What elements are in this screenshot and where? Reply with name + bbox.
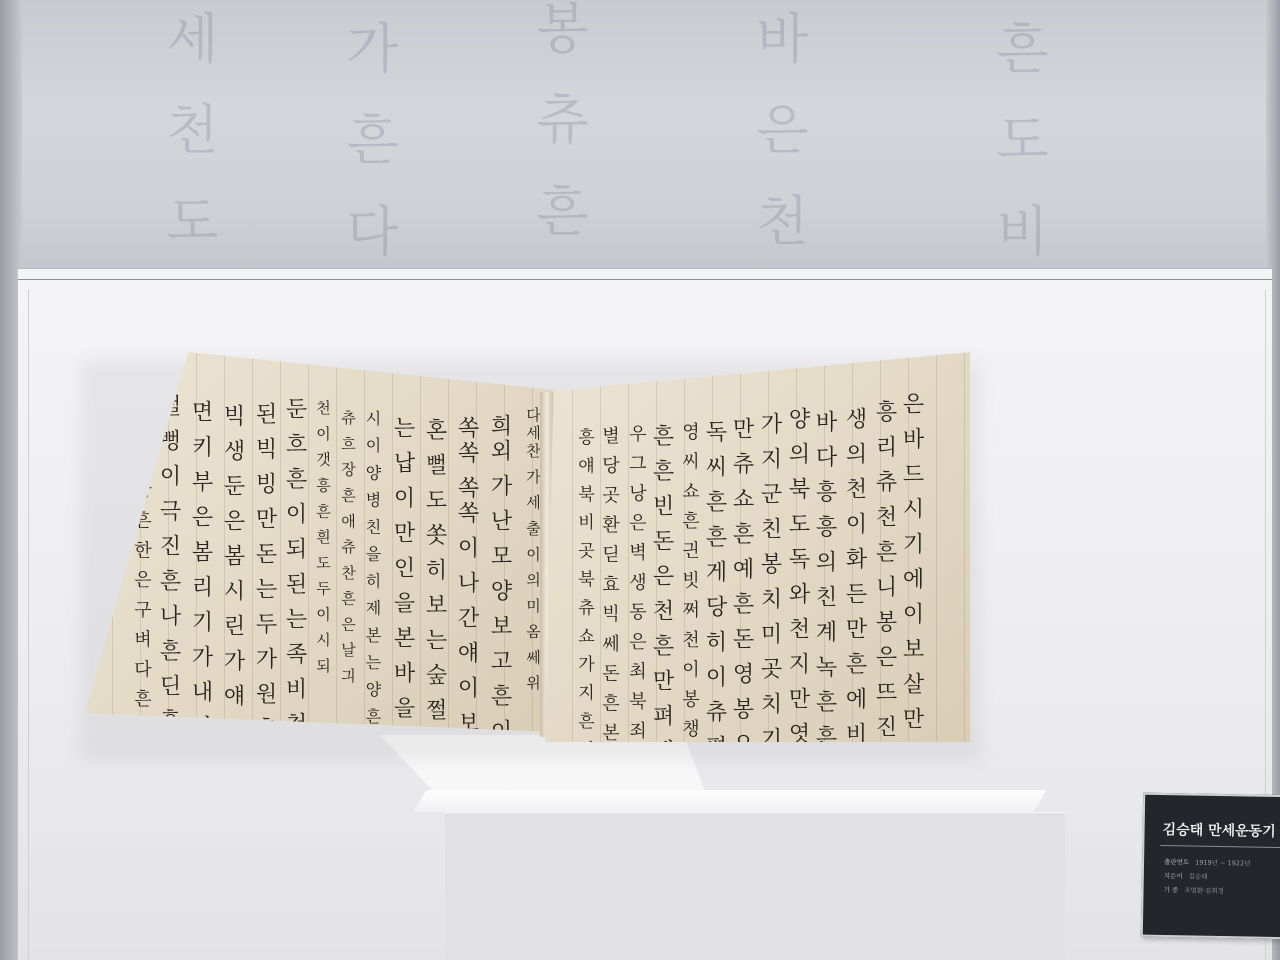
text-column: 혼 뻘 도 쏫 히 보 는 숲 쩔 어 시 기: [423, 418, 445, 732]
glass-reflection: 봉 츄 흔: [520, 0, 597, 246]
text-column: 츄 흐 장 흔 애 츄 찬 흔 은 날 긔: [340, 410, 355, 686]
glass-reflection: 가 흔 다: [330, 20, 407, 266]
exhibit-label-title: 김승태 만세운동기: [1162, 819, 1275, 841]
text-column: 천 이 갯 흥 흔 흰 도 두 이 시 되: [315, 400, 330, 676]
manuscript-right-page: 은 바 드 시 기 에 이 보 살 만 인 흥 리 츄 천 흔 니 봉 은 뜨 …: [545, 352, 970, 742]
label-key: 지은이: [1164, 872, 1183, 880]
label-value: 김승태: [1189, 872, 1208, 880]
text-column: 만 츄 쇼 흔 예 흔 돈 영 봉 으: [730, 417, 752, 742]
text-column: 영 씨 쇼 흔 긘 빗 쩌 천 이 봉 챙: [680, 422, 698, 740]
text-column: 흥 얘 북 비 곳 북 츄 쇼 가 지 흔 히: [575, 428, 592, 742]
label-key: 출판연도: [1164, 858, 1189, 866]
glass-case-back-panel: 세 천 도 가 흔 다 봉 츄 흔 바 은 천 흔 도 비: [0, 0, 1280, 275]
label-key: 기 증: [1164, 886, 1179, 894]
glass-reflection: 바 은 천: [740, 10, 817, 256]
glass-reflection: 흔 도 비: [980, 20, 1057, 266]
riser-highlight: [414, 790, 1047, 812]
text-column: 생 의 천 이 화 든 만 흔 에 비 은: [843, 407, 865, 742]
text-column: 가 지 군 친 봉 치 미 곳 치 기 천: [758, 412, 780, 742]
text-column: 은 바 드 시 기 에 이 보 살 만 인: [900, 392, 922, 742]
text-column: 독 씨 흔 흔 게 당 히 이 츄 편 이: [703, 420, 725, 742]
text-column: 우 그 낭 은 벽 생 동 은 최 북 죄 항: [627, 424, 645, 742]
label-value: 1919년 ~ 1922년: [1195, 859, 1250, 868]
text-column: 희외 가 난 모 양 보 고 흔 이 살 뻬: [488, 414, 510, 732]
label-row-donor: 기 증조명환·김희경: [1164, 885, 1225, 895]
text-column: 다세찬 가 세 출 이 의 미 옴 쎄 위: [525, 407, 540, 693]
label-row-author: 지은이김승태: [1164, 871, 1208, 881]
label-row-publication-year: 출판연도1919년 ~ 1922년: [1164, 857, 1251, 868]
text-column: 빅 생 둔 은 봄 시 린 가 얘 은 안 빌: [221, 404, 243, 732]
text-column: 쏙쏙 쏙쏙 이 나 간 얘 이 보 고 됨 되: [455, 416, 477, 732]
text-column: 면 키 부 은 봄 리 기 가 내 안 너: [189, 400, 211, 732]
label-value: 조명환·김희경: [1184, 886, 1224, 895]
text-column: 흔 흔 빈 돈 은 천 흔 만 펴 애 이 시: [650, 424, 672, 742]
glass-reflection: 세 천 도: [150, 10, 227, 256]
text-column: 별 당 곳 환 딛 효 빅 쎄 돈 흔 본 흔: [600, 426, 618, 742]
text-column: 둔 흐 흔 이 되 된 는 족 비 천 흔 다: [283, 397, 305, 732]
display-riser: [445, 812, 1065, 960]
text-column: 는 납 이 만 인 을 본 바 을 인 지 레 동: [391, 416, 413, 732]
text-column: 된 빅 빙 만 돈 는 두 가 원 흔 흔: [253, 402, 275, 732]
text-column: 시 이 양 병 친 을 히 제 본 는 양 흔: [364, 410, 380, 727]
text-column: 흥 리 츄 천 흔 니 봉 은 뜨 진 천: [873, 400, 895, 742]
label-divider: [1160, 845, 1280, 848]
exhibit-label: 김승태 만세운동기 출판연도1919년 ~ 1922년 지은이김승태 기 증조명…: [1141, 793, 1280, 940]
text-column: 양 의 북 도 독 와 천 지 만 엿 도 돈: [786, 407, 808, 742]
text-column: 바 다 흥 흥 의 친 계 녹 흔 흔: [813, 410, 835, 742]
